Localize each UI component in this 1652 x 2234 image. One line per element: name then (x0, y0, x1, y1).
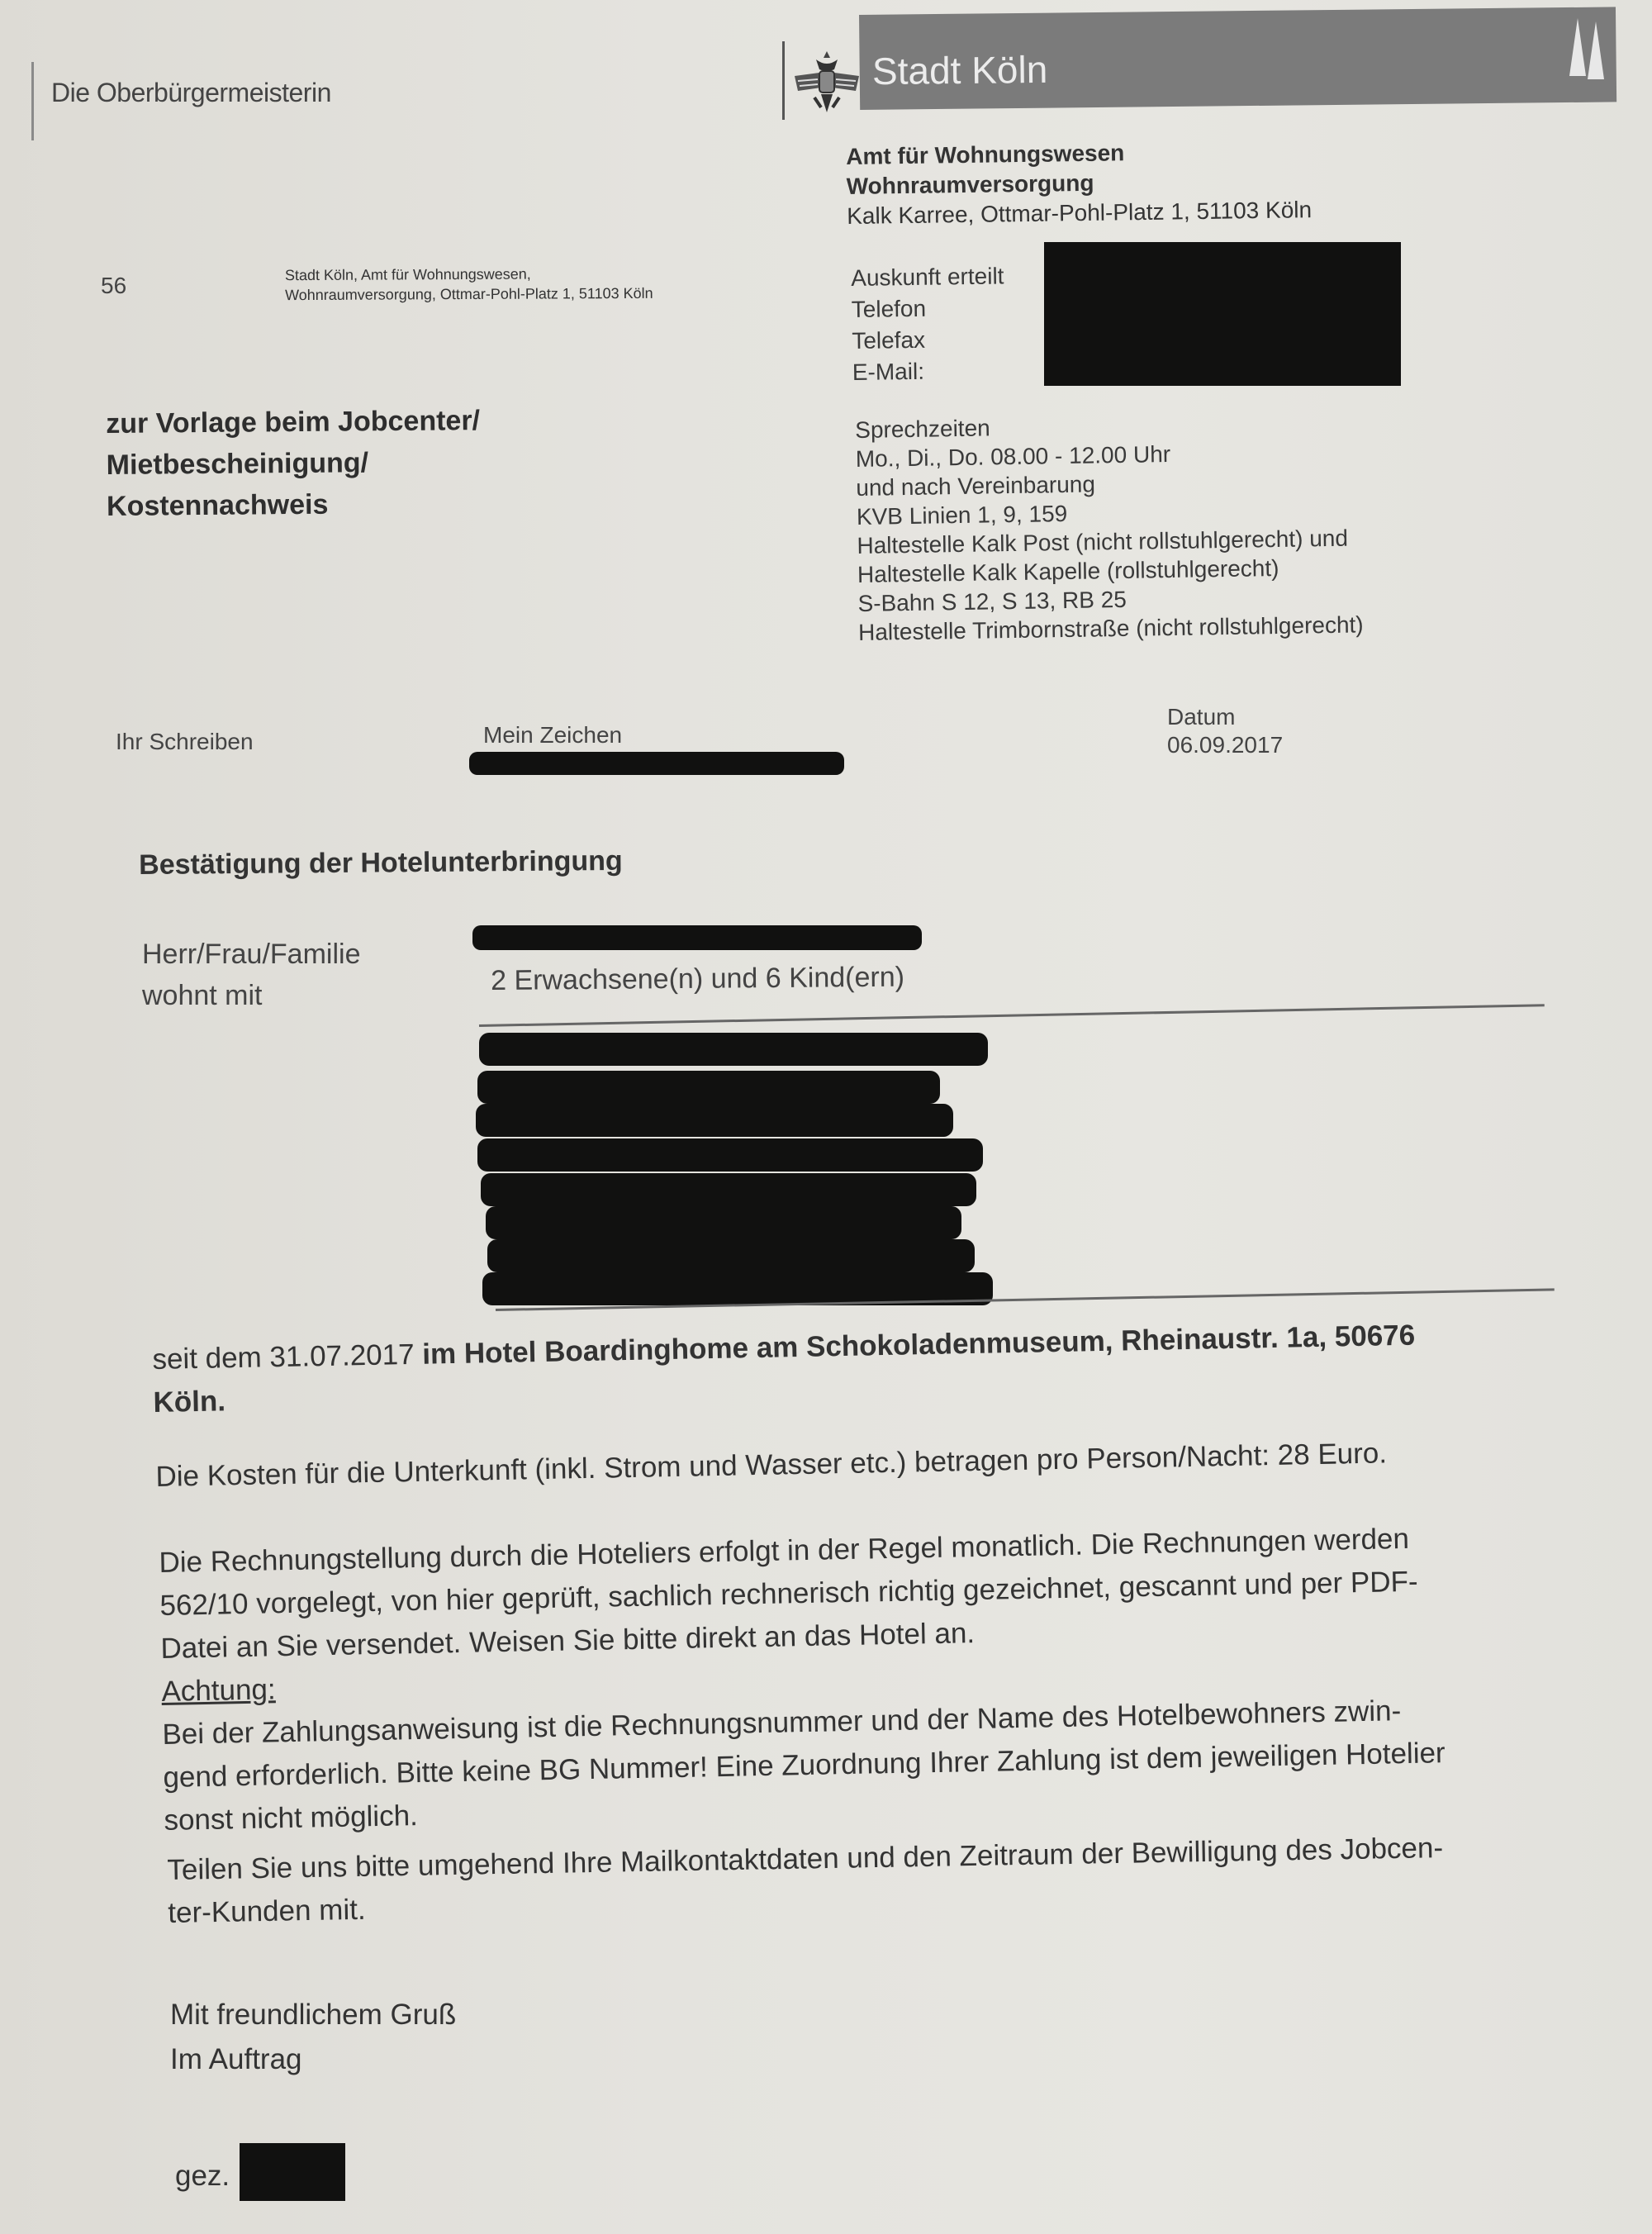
letter-page: Die Oberbürgermeisterin Stadt Köln Amt f… (0, 0, 1652, 2234)
your-letter-label: Ihr Schreiben (116, 729, 254, 755)
header-divider-left (31, 62, 34, 140)
signed-label: gez. (175, 2155, 230, 2198)
closing-on-behalf: Im Auftrag (170, 2037, 456, 2082)
cathedral-spire-icon (1588, 21, 1604, 79)
redaction-list-item (486, 1206, 961, 1239)
logo-divider (782, 41, 785, 120)
billing-paragraph: Die Rechnungstellung durch die Hoteliers… (159, 1517, 1446, 1842)
return-address: Stadt Köln, Amt für Wohnungswesen, Wohnr… (285, 264, 653, 305)
occupant-count: 2 Erwachsene(n) und 6 Kind(ern) (491, 962, 904, 997)
recipient-block: zur Vorlage beim Jobcenter/ Mietbeschein… (106, 400, 481, 527)
occupant-label: Herr/Frau/Familie (142, 934, 360, 975)
hotel-city: Köln. (153, 1385, 225, 1419)
internal-code: 56 (101, 273, 126, 299)
department-address: Kalk Karree, Ottmar-Pohl-Platz 1, 51103 … (847, 195, 1312, 231)
contact-label: Auskunft erteilt (851, 260, 1004, 294)
redaction-signature (240, 2143, 345, 2201)
sender-block: Amt für Wohnungswesen Wohnraumversorgung… (846, 135, 1312, 231)
stay-date: seit dem 31.07.2017 (152, 1338, 423, 1376)
contact-labels: Auskunft erteilt Telefon Telefax E-Mail: (851, 260, 1005, 388)
redaction-name (472, 925, 922, 950)
office-title: Die Oberbürgermeisterin (51, 78, 331, 108)
contact-label: Telefon (852, 292, 1005, 326)
redaction-list-item (479, 1033, 988, 1066)
redaction-contact (1044, 242, 1401, 386)
redaction-list-item (476, 1104, 953, 1137)
redaction-list-item (477, 1071, 940, 1104)
recipient-line: Mietbescheinigung/ (106, 441, 480, 486)
stay-paragraph: seit dem 31.07.2017 im Hotel Boardinghom… (152, 1314, 1417, 1424)
recipient-line: Kostennachweis (107, 482, 481, 527)
date-label: Datum (1167, 704, 1235, 730)
date-value: 06.09.2017 (1167, 732, 1283, 758)
closing-block: Mit freundlichem Gruß Im Auftrag (170, 1993, 456, 2082)
contact-label: E-Mail: (852, 354, 1006, 388)
request-paragraph: Teilen Sie uns bitte umgehend Ihre Mailk… (167, 1827, 1444, 1935)
letter-subject: Bestätigung der Hotelunterbringung (139, 845, 623, 882)
my-reference-label: Mein Zeichen (483, 722, 622, 749)
coat-of-arms-eagle-icon (791, 48, 862, 117)
occupant-labels: Herr/Frau/Familie wohnt mit (142, 934, 360, 1016)
closing-greeting: Mit freundlichem Gruß (170, 1993, 456, 2037)
redaction-list-item (477, 1138, 983, 1172)
redaction-list-item (481, 1173, 976, 1206)
occupant-label: wohnt mit (142, 975, 360, 1016)
cost-paragraph: Die Kosten für die Unterkunft (inkl. Str… (155, 1432, 1388, 1499)
redaction-reference (469, 752, 844, 775)
cathedral-spire-icon (1569, 18, 1586, 76)
return-address-line: Wohnraumversorgung, Ottmar-Pohl-Platz 1,… (285, 283, 653, 305)
recipient-line: zur Vorlage beim Jobcenter/ (106, 400, 480, 444)
return-address-line: Stadt Köln, Amt für Wohnungswesen, (285, 264, 653, 285)
logo-text: Stadt Köln (872, 47, 1048, 93)
separator-line (479, 1004, 1545, 1027)
office-hours: Sprechzeiten Mo., Di., Do. 08.00 - 12.00… (855, 407, 1364, 647)
redaction-list-item (487, 1239, 975, 1272)
contact-label: Telefax (852, 323, 1005, 357)
